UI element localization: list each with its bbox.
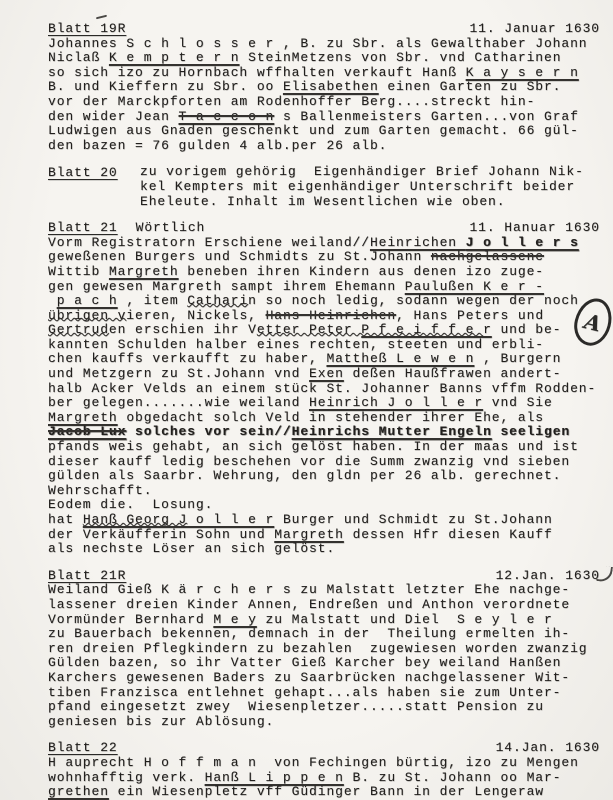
document-page: Blatt 19R11. Januar 1630Johannes S c h l… [0, 0, 613, 800]
section-header: Blatt 2214.Jan. 1630 [48, 741, 600, 756]
text-line: pfand eingesetzt zwey Wiesenpletzer.....… [48, 700, 600, 715]
text-line: geweßenen Burgers und Schmidts zu St.Joh… [48, 250, 600, 265]
text-line: pfands weis gehabt, an sich gelöst haben… [48, 440, 600, 455]
text-run: geweßenen Burgers und Schmidts zu St.Joh… [48, 249, 431, 264]
text-run: ber gelegen.......wie weiland [48, 395, 309, 410]
text-run: tiben Franzisca entlehnet gehapt...als h… [48, 685, 561, 700]
text-line: Gülden bazen, so ihr Vatter Gieß Karcher… [48, 656, 600, 671]
text-run: T a c c o n [179, 109, 275, 124]
text-run: Vorm Registratorn Erschiene weiland// [48, 235, 370, 250]
text-run: ein Wiesenpletz vff Güdinger Bann in der… [109, 784, 544, 799]
text-line: H auprecht H o f f m a n von Fechingen b… [48, 756, 600, 771]
text-line: den wider Jean T a c c o n s Ballenmeist… [48, 110, 600, 125]
text-run: Exen [309, 366, 344, 381]
text-line: chen kauffs verkaufft zu haber, Mattheß … [48, 352, 600, 367]
text-line: wohnhafftig verk. Hanß L i p p e n B. zu… [48, 771, 600, 786]
text-run: K a y s e r n [466, 65, 579, 80]
text-line: hat Hanß Georg J o l l e r Burger und Sc… [48, 513, 600, 528]
blatt-label: Blatt 21 [48, 220, 118, 235]
text-line: Vorm Registratorn Erschiene weiland//Hei… [48, 236, 600, 251]
blatt-date: 14.Jan. 1630 [496, 741, 600, 756]
text-run: zu Malstatt und Diel S e y l e r [257, 612, 553, 627]
section-header: Blatt 21R12.Jan. 1630 [48, 569, 600, 584]
blatt-label: Blatt 22 [48, 740, 118, 755]
blatt-label: Blatt 21R [48, 568, 126, 583]
text-run: vnd Sie [483, 395, 553, 410]
text-run: Hanß L i p p e n [205, 770, 344, 785]
text-line: Eodem die. Losung. [48, 498, 600, 513]
text-line: der Verkäufferin Sohn und Margreth desse… [48, 528, 600, 543]
text-run: als nechste Löser an sich gelöst. [48, 541, 335, 556]
text-run: übrigen vieren, [48, 308, 187, 323]
text-line: zu Bauerbach bekennen, demnach in der Th… [48, 627, 600, 642]
text-line: kel Kempters mit eigenhändiger Unterschr… [140, 180, 600, 195]
text-run: P f e i f f e r [361, 322, 492, 337]
text-line: lassener dreien Kinder Annen, Endreßen u… [48, 598, 600, 613]
text-run: beneben ihren Kindern aus denen izo zuge… [179, 264, 544, 279]
section-blatt-20: Blatt 20zu vorigem gehörig Eigenhändiger… [48, 165, 600, 209]
text-run: gülden als Saarbr. Wehrung, den gldn per… [48, 468, 561, 483]
text-run: p a c h [57, 293, 118, 308]
text-run: s Ballenmeisters Garten...von Graf [274, 109, 579, 124]
text-run: Hans Heinrichen [266, 308, 397, 323]
blatt-date: 12.Jan. 1630 [496, 569, 600, 584]
text-line: Jacob Lux solches vor sein//Heinrichs Mu… [48, 425, 600, 440]
text-line: Gertruden erschien ihr Vetter Peter P f … [48, 323, 600, 338]
text-run: Paulußen K e r - [405, 279, 544, 294]
text-run: kannten [48, 337, 109, 352]
text-run: , Hans Peters und [396, 308, 544, 323]
text-run: Weiland Gieß K ä r c h e r s zu Malstatt… [48, 582, 570, 597]
section-blatt-22: Blatt 2214.Jan. 1630H auprecht H o f f m… [48, 741, 600, 799]
text-line: geniesen bis zur Ablösung. [48, 715, 600, 730]
text-line: Weiland Gieß K ä r c h e r s zu Malstatt… [48, 583, 600, 598]
text-run: erbli- [483, 337, 544, 352]
section-header: Blatt 21Wörtlich11. Hanuar 1630 [48, 221, 600, 236]
text-line: B. und Kieffern zu Sbr. oo Elisabethen e… [48, 80, 600, 95]
text-run: zu vorigem gehörig Eigenhändiger Brief J… [140, 164, 584, 179]
blatt-date: 11. Januar 1630 [469, 22, 600, 37]
section-header: Blatt 19R11. Januar 1630 [48, 22, 600, 37]
text-run: Mattheß L e w e n [326, 351, 474, 366]
text-run: Heinrichen [370, 235, 466, 250]
text-run: Gertruden [48, 322, 126, 337]
text-run: Heinrichs Mutter Engeln [292, 424, 492, 439]
section-text: Vorm Registratorn Erschiene weiland//Hei… [48, 236, 600, 557]
text-run: Eodem die. Losung. [48, 497, 213, 512]
section-text: H auprecht H o f f m a n von Fechingen b… [48, 756, 600, 800]
text-run: zu Bauerbach bekennen, demnach in der Th… [48, 626, 570, 641]
section-blatt-21: Blatt 21Wörtlich11. Hanuar 1630Vorm Regi… [48, 221, 600, 557]
text-run: Karchers gewesenen Baders zu Saarbrücken… [48, 670, 570, 685]
text-run: lassener dreien Kinder Annen, Endreßen u… [48, 597, 570, 612]
section-blatt-21r: Blatt 21R12.Jan. 1630Weiland Gieß K ä r … [48, 569, 600, 730]
text-run: Margreth [48, 410, 118, 425]
text-run: seeligen [492, 424, 570, 439]
text-line: Wehrschafft. [48, 484, 600, 499]
blatt-label: Blatt 20 [48, 165, 118, 180]
text-run [48, 293, 57, 308]
text-run: der [48, 527, 83, 542]
text-run: Ludwigen aus Gnaden geschenkt und zum Ga… [48, 123, 579, 138]
text-run: Burger und Schmidt zu St.Johann [274, 512, 552, 527]
text-run: grethen [48, 784, 109, 799]
text-run: H auprecht H o f f m a n von Fechingen b… [48, 755, 579, 770]
text-run: K e m p t e r n [109, 50, 240, 65]
text-run: , [248, 308, 265, 323]
margin-annotation-letter: A [582, 308, 604, 336]
text-line: halb Acker Velds an einem stück St. Joha… [48, 382, 600, 397]
text-line: dieser kauff ledig beschehen vor die Sum… [48, 455, 600, 470]
text-line: Margreth obgedacht solch Veld in stehend… [48, 411, 600, 426]
text-line: als nechste Löser an sich gelöst. [48, 542, 600, 557]
document-body: Blatt 19R11. Januar 1630Johannes S c h l… [48, 22, 600, 800]
text-run: J o l l e r s [466, 235, 579, 250]
text-run: einen Garten zu Sbr. [379, 79, 562, 94]
text-line: kannten Schulden halber eines rechten, s… [48, 338, 600, 353]
text-run: nachgelassene [431, 249, 544, 264]
text-run: Margreth [274, 527, 344, 542]
text-run: Sohn und [187, 527, 274, 542]
text-run: geniesen bis zur Ablösung. [48, 714, 274, 729]
text-run: und Metzgern zu St.Johann vnd [48, 366, 309, 381]
section-blatt-19r: Blatt 19R11. Januar 1630Johannes S c h l… [48, 22, 600, 153]
text-run: B. zu St. Johann oo Mar- [344, 770, 562, 785]
text-line: ren dreien Pflegkindern zu bezahlen zuge… [48, 642, 600, 657]
text-run: Vormünder Bernhard [48, 612, 213, 627]
text-run: vor der Marckpforten am Rodenhoffer Berg… [48, 94, 535, 109]
blatt-subtitle: Wörtlich [136, 220, 206, 235]
text-line: so sich izo zu Hornbach wffhalten verkau… [48, 66, 600, 81]
text-run: hat [48, 512, 83, 527]
text-line: Niclaß K e m p t e r n SteinMetzens von … [48, 51, 600, 66]
text-run: M e y [213, 612, 257, 627]
text-run: kel Kempters mit eigenhändiger Unterschr… [140, 179, 575, 194]
text-run: Verkäufferin [83, 527, 187, 542]
text-run: B. und Kieffern zu Sbr. oo [48, 79, 283, 94]
text-run: Wehrschafft. [48, 483, 152, 498]
pen-mark-top [96, 15, 107, 20]
text-run: ren dreien Pflegkindern zu bezahlen zuge… [48, 641, 587, 656]
text-line: Vormünder Bernhard M e y zu Malstatt und… [48, 613, 600, 628]
text-run: chen kauffs verkaufft zu haber, [48, 351, 326, 366]
text-run: eines rechten, steeten und [257, 337, 483, 352]
text-run: halb Acker Velds an einem stück St. Joha… [48, 381, 596, 396]
text-line: und Metzgern zu St.Johann vnd Exen deßen… [48, 367, 600, 382]
text-line: zu vorigem gehörig Eigenhändiger Brief J… [140, 165, 600, 180]
section-text: zu vorigem gehörig Eigenhändiger Brief J… [140, 165, 600, 209]
blatt-date: 11. Hanuar 1630 [469, 221, 600, 236]
text-run: , Burgern [474, 351, 561, 366]
text-run: und be- [492, 322, 562, 337]
text-run: so sich izo zu Hornbach wffhalten verkau… [48, 65, 466, 80]
text-run: Elisabethen [283, 79, 379, 94]
text-line: vor der Marckpforten am Rodenhoffer Berg… [48, 95, 600, 110]
text-line: tiben Franzisca entlehnet gehapt...als h… [48, 686, 600, 701]
text-run: Eheleute. Inhalt im Wesentlichen wie obe… [140, 194, 505, 209]
text-run: Gülden bazen, so ihr Vatter Gieß Karcher… [48, 655, 561, 670]
text-line: p a c h , item Catharin so noch ledig, s… [48, 294, 600, 309]
text-run: wohnhafftig verk. [48, 770, 205, 785]
text-run: den wider Jean [48, 109, 179, 124]
text-run: Niclaß [48, 50, 109, 65]
text-line: Eheleute. Inhalt im Wesentlichen wie obe… [140, 195, 600, 210]
text-run: , item Catharin so noch ledig, sodann we… [118, 293, 579, 308]
section-text: Johannes S c h l o s s e r , B. zu Sbr. … [48, 37, 600, 154]
section-text: Weiland Gieß K ä r c h e r s zu Malstatt… [48, 583, 600, 729]
text-run: Margreth [109, 264, 179, 279]
text-line: grethen ein Wiesenpletz vff Güdinger Ban… [48, 785, 600, 800]
text-run: dieser kauff ledig beschehen vor die Sum… [48, 454, 570, 469]
text-line: den bazen = 76 gulden 4 alb.per 26 alb. [48, 139, 600, 154]
text-run: SteinMetzens von Sbr. vnd Catharinen [239, 50, 561, 65]
text-line: Karchers gewesenen Baders zu Saarbrücken… [48, 671, 600, 686]
text-run: Nickels [187, 308, 248, 323]
text-run: Jacob Lux [48, 424, 126, 439]
text-run: pfands weis gehabt, an sich gelöst haben… [48, 439, 579, 454]
blatt-label: Blatt 19R [48, 21, 126, 36]
text-run: Hanß Georg J o l l e r [83, 512, 274, 527]
text-line: Wittib Margreth beneben ihren Kindern au… [48, 265, 600, 280]
text-run: den bazen = 76 gulden 4 alb.per 26 alb. [48, 138, 387, 153]
text-run: pfand eingesetzt zwey Wiesenpletzer.....… [48, 699, 544, 714]
text-run: dessen Hfr diesen Kauff [344, 527, 553, 542]
text-run: Wittib [48, 264, 109, 279]
text-line: Ludwigen aus Gnaden geschenkt und zum Ga… [48, 124, 600, 139]
text-run: solches vor sein// [126, 424, 291, 439]
text-line: Johannes S c h l o s s e r , B. zu Sbr. … [48, 37, 600, 52]
text-run: obgedacht solch Veld in stehender ihrer … [118, 410, 544, 425]
text-line: gülden als Saarbr. Wehrung, den gldn per… [48, 469, 600, 484]
text-run: erschien ihr Vetter Peter [126, 322, 361, 337]
text-run: Schulden halber [109, 337, 257, 352]
text-run: Heinrich J o l l e r [309, 395, 483, 410]
text-line: gen gewesen Margreth sampt ihrem Ehemann… [48, 280, 600, 295]
pen-mark-squiggle [596, 565, 613, 583]
text-run: gen gewesen Margreth sampt ihrem Ehemann [48, 279, 405, 294]
text-run: deßen Haußfrawen andert- [344, 366, 562, 381]
text-line: ber gelegen.......wie weiland Heinrich J… [48, 396, 600, 411]
text-run: Johannes S c h l o s s e r , B. zu Sbr. … [48, 36, 587, 51]
